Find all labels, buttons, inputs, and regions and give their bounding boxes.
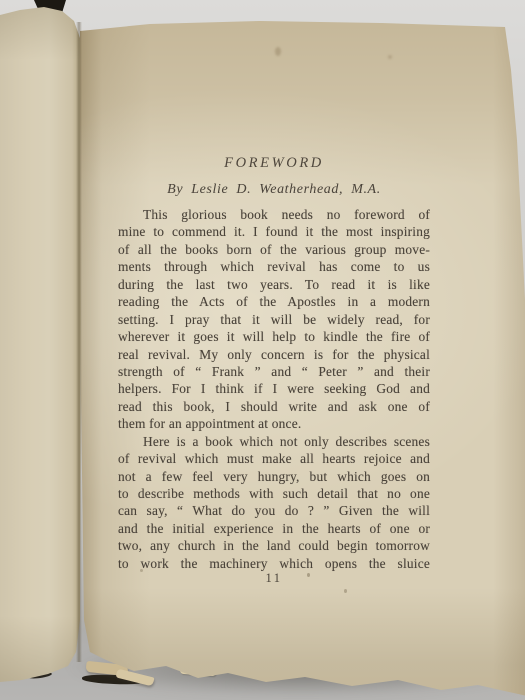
book-photo: FOREWORD By Leslie D. Weatherhead, M.A. …	[0, 0, 525, 700]
body-line: ments through which revival has come to …	[118, 258, 430, 275]
body-line: not a few feel very hungry, but which go…	[118, 468, 430, 485]
body-line: setting. I pray that it will be widely r…	[118, 311, 430, 328]
body-line: helpers. For I think if I were seeking G…	[118, 380, 430, 397]
body-line: This glorious book needs no foreword of	[118, 206, 430, 223]
author-byline: By Leslie D. Weatherhead, M.A.	[110, 181, 438, 198]
body-line: to work the machinery which opens the sl…	[118, 555, 430, 572]
body-line: of all the books born of the various gro…	[118, 241, 430, 258]
body-line: and the initial experience in the hearts…	[118, 520, 430, 537]
body-line: mine to commend it. I found it the most …	[118, 223, 430, 240]
body-line: strength of “ Frank ” and “ Peter ” and …	[118, 363, 430, 380]
body-line: them for an appointment at once.	[118, 415, 430, 432]
page-number: 11	[118, 571, 430, 585]
body-line: real revival. My only concern is for the…	[118, 346, 430, 363]
body-line: of revival which must make all hearts re…	[118, 450, 430, 467]
body-line: can say, “ What do you do ? ” Given the …	[118, 502, 430, 519]
body-line: reading the Acts of the Apostles in a mo…	[118, 293, 430, 310]
body-line: read this book, I should write and ask o…	[118, 398, 430, 415]
body-text: This glorious book needs no foreword of …	[118, 206, 430, 572]
body-line: two, any church in the land could begin …	[118, 537, 430, 554]
body-line: to describe methods with such detail tha…	[118, 485, 430, 502]
foreword-title: FOREWORD	[118, 155, 430, 171]
body-line: during the last two years. To read it is…	[118, 276, 430, 293]
body-line: wherever it goes it will help to kindle …	[118, 328, 430, 345]
body-line: Here is a book which not only describes …	[118, 433, 430, 450]
printed-text: FOREWORD By Leslie D. Weatherhead, M.A. …	[0, 0, 525, 700]
